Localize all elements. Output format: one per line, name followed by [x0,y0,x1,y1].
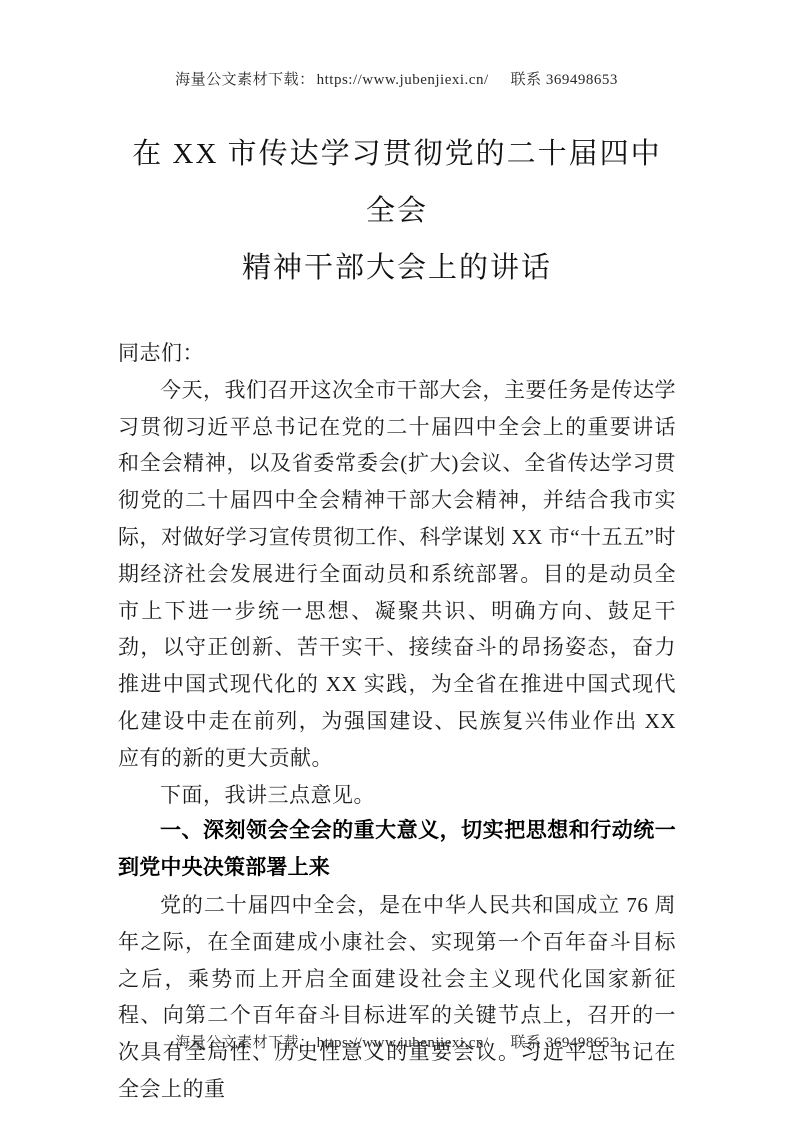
intro-paragraph: 今天，我们召开这次全市干部大会，主要任务是传达学习贯彻习近平总书记在党的二十届四… [118,372,676,777]
title-line-2: 精神干部大会上的讲话 [118,240,676,297]
title-line-1: 在 XX 市传达学习贯彻党的二十届四中全会 [118,126,676,240]
document-page: 海量公文素材下载：https://www.jubenjiexi.cn/联系 36… [0,0,793,1122]
document-content: 在 XX 市传达学习贯彻党的二十届四中全会 精神干部大会上的讲话 同志们： 今天… [118,0,676,1108]
body-text: 同志们： 今天，我们召开这次全市干部大会，主要任务是传达学习贯彻习近平总书记在党… [118,335,676,1108]
footer-url: https://www.jubenjiexi.cn/ [317,1035,489,1051]
page-footer: 海量公文素材下载：https://www.jubenjiexi.cn/联系 36… [0,1033,793,1053]
document-title: 在 XX 市传达学习贯彻党的二十届四中全会 精神干部大会上的讲话 [118,126,676,297]
footer-label: 海量公文素材下载： [175,1035,315,1051]
section-one-heading: 一、深刻领会全会的重大意义，切实把思想和行动统一到党中央决策部署上来 [118,813,676,887]
footer-contact: 联系 369498653 [511,1035,618,1051]
transition-paragraph: 下面，我讲三点意见。 [118,777,676,814]
section-one-paragraph: 党的二十届四中全会，是在中华人民共和国成立 76 周年之际，在全面建成小康社会、… [118,887,676,1108]
salutation-paragraph: 同志们： [118,335,676,372]
